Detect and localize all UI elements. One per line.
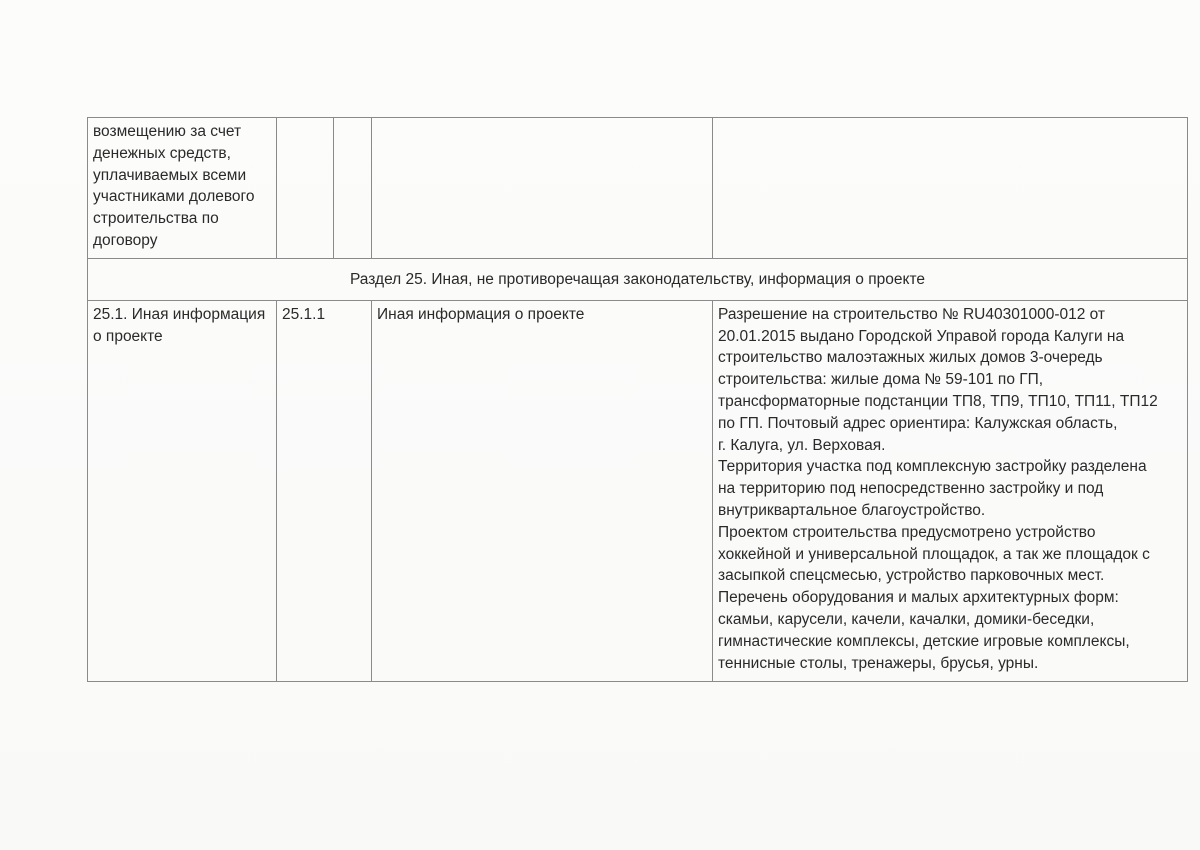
cell-continuation-value	[713, 118, 1188, 259]
project-info-table: возмещению за счет денежных средств, упл…	[87, 117, 1188, 682]
cell-continuation-empty	[334, 118, 372, 259]
cell-item-label: 25.1. Иная информация о проекте	[88, 300, 277, 681]
table-row-continuation: возмещению за счет денежных средств, упл…	[88, 118, 1188, 259]
section-title: Раздел 25. Иная, не противоречащая закон…	[88, 259, 1188, 301]
table-row-info: 25.1. Иная информация о проекте 25.1.1 И…	[88, 300, 1188, 681]
section-header-row: Раздел 25. Иная, не противоречащая закон…	[88, 259, 1188, 301]
cell-continuation-code	[277, 118, 334, 259]
cell-continuation-name	[372, 118, 713, 259]
cell-item-value: Разрешение на строительство № RU40301000…	[713, 300, 1188, 681]
cell-continuation-label: возмещению за счет денежных средств, упл…	[88, 118, 277, 259]
cell-item-code: 25.1.1	[277, 300, 372, 681]
cell-item-name: Иная информация о проекте	[372, 300, 713, 681]
scanned-page: возмещению за счет денежных средств, упл…	[0, 0, 1200, 850]
